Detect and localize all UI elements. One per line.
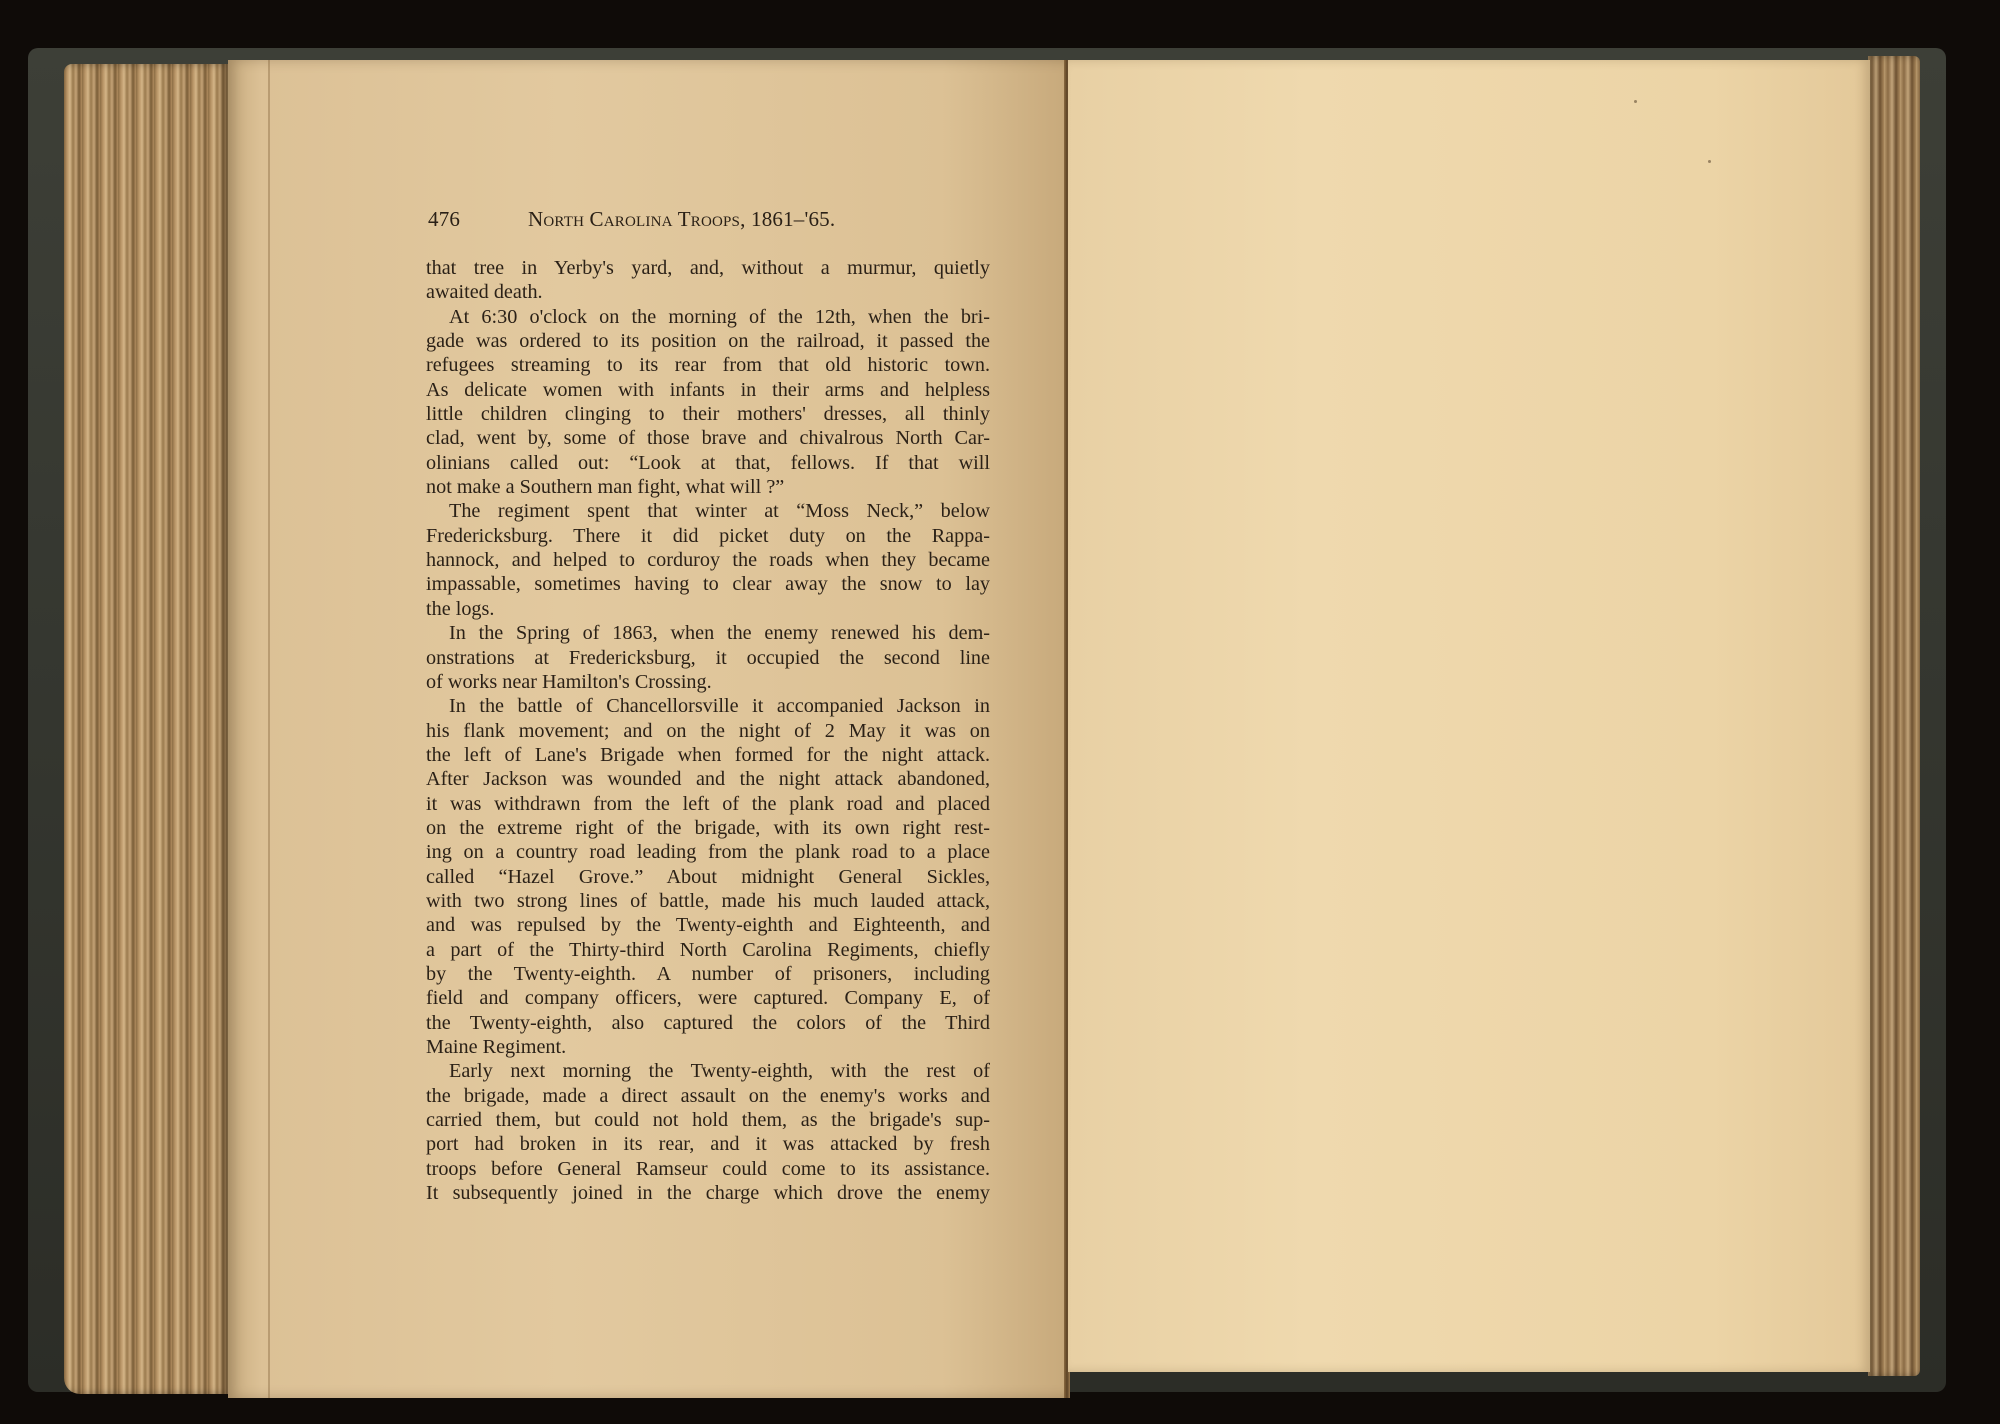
text-line: the brigade, made a direct assault on th…	[426, 1084, 990, 1108]
right-page-blank	[1068, 60, 1870, 1372]
text-line: by the Twenty-eighth. A number of prison…	[426, 962, 990, 986]
text-line: carried them, but could not hold them, a…	[426, 1108, 990, 1132]
text-line: ing on a country road leading from the p…	[426, 840, 990, 864]
text-line: and was repulsed by the Twenty-eighth an…	[426, 913, 990, 937]
text-line: called “Hazel Grove.” About midnight Gen…	[426, 865, 990, 889]
text-line: troops before General Ramseur could come…	[426, 1157, 990, 1181]
text-line: At 6:30 o'clock on the morning of the 12…	[426, 305, 990, 329]
text-line: clad, went by, some of those brave and c…	[426, 426, 990, 450]
text-line: Maine Regiment.	[426, 1035, 990, 1059]
text-line: olinians called out: “Look at that, fell…	[426, 451, 990, 475]
text-line: impassable, sometimes having to clear aw…	[426, 572, 990, 596]
text-line: on the extreme right of the brigade, wit…	[426, 816, 990, 840]
text-line: awaited death.	[426, 280, 990, 304]
running-head-title: North Carolina Troops, 1861–'65.	[528, 207, 835, 232]
page-number: 476	[428, 207, 528, 232]
running-head: 476 North Carolina Troops, 1861–'65.	[428, 207, 998, 232]
text-line: After Jackson was wounded and the night …	[426, 767, 990, 791]
text-line: port had broken in its rear, and it was …	[426, 1132, 990, 1156]
text-line: little children clinging to their mother…	[426, 402, 990, 426]
text-line: the Twenty-eighth, also captured the col…	[426, 1011, 990, 1035]
text-line: In the Spring of 1863, when the enemy re…	[426, 621, 990, 645]
paper-speck	[1708, 160, 1711, 163]
text-line: that tree in Yerby's yard, and, without …	[426, 256, 990, 280]
text-line: As delicate women with infants in their …	[426, 378, 990, 402]
text-line: It subsequently joined in the charge whi…	[426, 1181, 990, 1205]
text-line: a part of the Thirty-third North Carolin…	[426, 938, 990, 962]
text-line: with two strong lines of battle, made hi…	[426, 889, 990, 913]
text-line: the left of Lane's Brigade when formed f…	[426, 743, 990, 767]
text-line: hannock, and helped to corduroy the road…	[426, 548, 990, 572]
page-fold-line	[268, 60, 270, 1398]
text-line: of works near Hamilton's Crossing.	[426, 670, 990, 694]
text-line: gade was ordered to its position on the …	[426, 329, 990, 353]
page-edges-right	[1868, 56, 1920, 1376]
text-line: Early next morning the Twenty-eighth, wi…	[426, 1059, 990, 1083]
paper-speck	[1634, 100, 1637, 103]
text-line: refugees streaming to its rear from that…	[426, 353, 990, 377]
text-line: it was withdrawn from the left of the pl…	[426, 792, 990, 816]
text-line: field and company officers, were capture…	[426, 986, 990, 1010]
body-text: that tree in Yerby's yard, and, without …	[426, 256, 990, 1205]
text-line: In the battle of Chancellorsville it acc…	[426, 694, 990, 718]
text-line: Fredericksburg. There it did picket duty…	[426, 524, 990, 548]
text-line: not make a Southern man fight, what will…	[426, 475, 990, 499]
text-line: onstrations at Fredericksburg, it occupi…	[426, 646, 990, 670]
text-line: the logs.	[426, 597, 990, 621]
page-edges-left	[64, 64, 229, 1394]
text-line: his flank movement; and on the night of …	[426, 719, 990, 743]
text-line: The regiment spent that winter at “Moss …	[426, 499, 990, 523]
